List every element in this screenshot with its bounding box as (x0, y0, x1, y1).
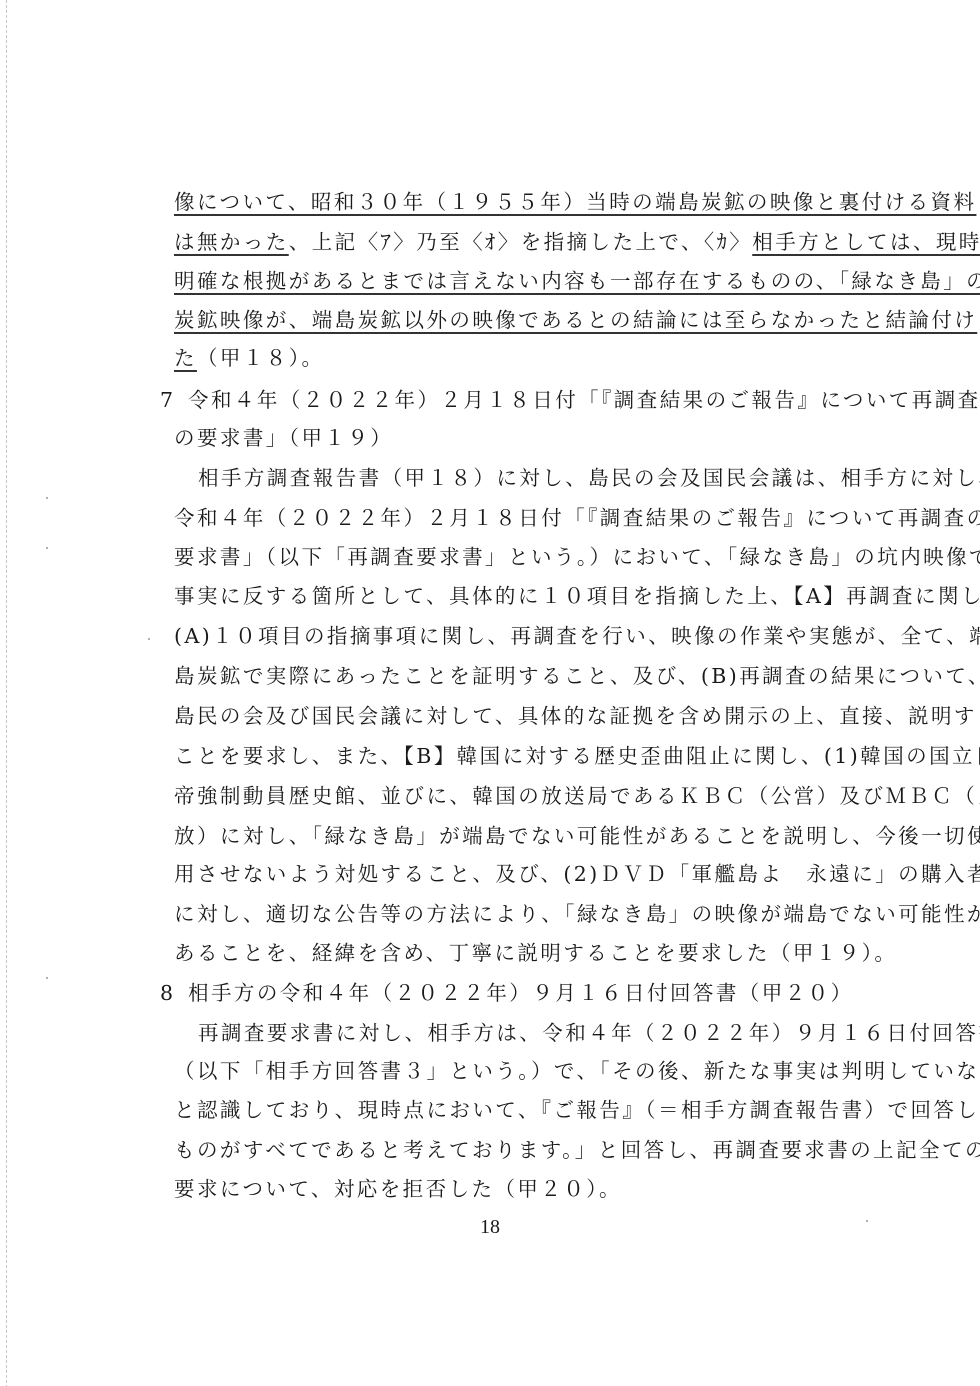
underlined-text: 像について、昭和３０年（１９５５年）当時の端島炭鉱の映像と裏付ける資料 (174, 190, 976, 214)
section-7-body-line: 島民の会及び国民会議に対して、具体的な証拠を含め開示の上、直接、説明する (174, 701, 868, 731)
section-8-body-line: 再調査要求書に対し、相手方は、令和４年（２０２２年）９月１６日付回答書 (198, 1018, 868, 1048)
section-7-body-line: 放）に対し、「緑なき島」が端島でない可能性があることを説明し、今後一切使 (174, 821, 868, 851)
continuation-line-5: た（甲１８）。 (174, 343, 868, 373)
body-text: あることを、経緯を含め、丁寧に説明することを要求した（甲１９）。 (174, 941, 897, 965)
section-7-body-line: に対し、適切な公告等の方法により、「緑なき島」の映像が端島でない可能性が (174, 899, 868, 929)
body-text: 島民の会及び国民会議に対して、具体的な証拠を含め開示の上、直接、説明する (174, 704, 980, 728)
page-number: 18 (0, 1216, 980, 1239)
scan-speck (148, 638, 150, 640)
body-text: (A)１０項目の指摘事項に関し、再調査を行い、映像の作業や実態が、全て、端 (174, 624, 980, 648)
body-text: 相手方調査報告書（甲１８）に対し、島民の会及国民会議は、相手方に対し、 (198, 466, 980, 490)
section-heading-text: 令和４年（２０２２年）２月１８日付「『調査結果のご報告』について再調査 (188, 388, 980, 412)
section-7-heading-cont: の要求書」（甲１９） (174, 423, 868, 453)
section-8-body-line: 要求について、対応を拒否した（甲２０）。 (174, 1174, 868, 1204)
body-text: 要求書」（以下「再調査要求書」という。）において、「緑なき島」の坑内映像で (174, 545, 980, 569)
section-7-heading: 7令和４年（２０２２年）２月１８日付「『調査結果のご報告』について再調査 (160, 385, 868, 415)
section-8-body-line: と認識しており、現時点において、『ご報告』（＝相手方調査報告書）で回答した (174, 1095, 868, 1125)
section-8-body-line: （以下「相手方回答書３」という。）で、「その後、新たな事実は判明していない (174, 1056, 868, 1086)
section-7-body-line: 島炭鉱で実際にあったことを証明すること、及び、(B)再調査の結果について、 (174, 661, 868, 691)
continuation-line-2: は無かった、上記〈ｱ〉乃至〈ｵ〉を指摘した上で、〈ｶ〉相手方としては、現時点では (174, 227, 868, 257)
continuation-line-4: 炭鉱映像が、端島炭鉱以外の映像であるとの結論には至らなかったと結論付け (174, 305, 868, 335)
body-text: 再調査要求書に対し、相手方は、令和４年（２０２２年）９月１６日付回答書 (198, 1021, 980, 1045)
plain-text: （甲１８）。 (197, 346, 324, 370)
body-text: と認識しており、現時点において、『ご報告』（＝相手方調査報告書）で回答した (174, 1098, 980, 1122)
section-7-body-line: 要求書」（以下「再調査要求書」という。）において、「緑なき島」の坑内映像で (174, 542, 868, 572)
underlined-text: 明確な根拠があるとまでは言えない内容も一部存在するものの、「緑なき島」の (174, 269, 980, 293)
section-7-body-line: 事実に反する箇所として、具体的に１０項目を指摘した上、【A】再調査に関し、 (174, 581, 868, 611)
section-8-body-line: ものがすべてであると考えております。」と回答し、再調査要求書の上記全ての (174, 1135, 868, 1165)
section-number: 7 (160, 385, 188, 415)
section-heading-text: の要求書」（甲１９） (174, 426, 393, 450)
body-text: 用させないよう対処すること、及び、(2)ＤＶＤ「軍艦島よ 永遠に」の購入者 (174, 862, 980, 886)
scan-speck (46, 547, 48, 549)
plain-text: 、上記〈ｱ〉乃至〈ｵ〉を指摘した上で、〈ｶ〉 (289, 230, 753, 254)
section-7-body-line: 帝強制動員歴史館、並びに、韓国の放送局であるＫＢＣ（公営）及びＭＢＣ（民 (174, 781, 868, 811)
section-7-body-line: ことを要求し、また、【B】韓国に対する歴史歪曲阻止に関し、(1)韓国の国立日 (174, 741, 868, 771)
body-text: に対し、適切な公告等の方法により、「緑なき島」の映像が端島でない可能性が (174, 902, 980, 926)
section-number: 8 (160, 978, 188, 1008)
scan-speck (866, 1220, 868, 1222)
body-text: 令和４年（２０２２年）２月１８日付「『調査結果のご報告』について再調査の (174, 506, 980, 530)
continuation-line-3: 明確な根拠があるとまでは言えない内容も一部存在するものの、「緑なき島」の (174, 266, 868, 296)
scan-speck (46, 977, 48, 979)
underlined-text: 炭鉱映像が、端島炭鉱以外の映像であるとの結論には至らなかったと結論付け (174, 308, 977, 332)
body-text: 帝強制動員歴史館、並びに、韓国の放送局であるＫＢＣ（公営）及びＭＢＣ（民 (174, 784, 980, 808)
section-7-body-line: 相手方調査報告書（甲１８）に対し、島民の会及国民会議は、相手方に対し、 (198, 463, 868, 493)
document-page: 像について、昭和３０年（１９５５年）当時の端島炭鉱の映像と裏付ける資料 は無かっ… (0, 0, 980, 1386)
body-text: 要求について、対応を拒否した（甲２０）。 (174, 1177, 622, 1201)
body-text: 島炭鉱で実際にあったことを証明すること、及び、(B)再調査の結果について、 (174, 664, 980, 688)
body-text: （以下「相手方回答書３」という。）で、「その後、新たな事実は判明していない (174, 1059, 980, 1083)
section-7-body-line: 令和４年（２０２２年）２月１８日付「『調査結果のご報告』について再調査の (174, 503, 868, 533)
body-text: ものがすべてであると考えております。」と回答し、再調査要求書の上記全ての (174, 1138, 980, 1162)
section-heading-text: 相手方の令和４年（２０２２年）９月１６日付回答書（甲２０） (188, 981, 854, 1005)
continuation-line-1: 像について、昭和３０年（１９５５年）当時の端島炭鉱の映像と裏付ける資料 (174, 187, 868, 217)
underlined-text: は無かった (174, 230, 289, 254)
underlined-text: た (174, 346, 197, 370)
section-8-heading: 8相手方の令和４年（２０２２年）９月１６日付回答書（甲２０） (160, 978, 868, 1008)
section-7-body-line: 用させないよう対処すること、及び、(2)ＤＶＤ「軍艦島よ 永遠に」の購入者 (174, 859, 868, 889)
scan-speck (46, 497, 48, 499)
underlined-text: 相手方としては、現時点では (752, 230, 980, 254)
section-7-body-line: (A)１０項目の指摘事項に関し、再調査を行い、映像の作業や実態が、全て、端 (174, 621, 868, 651)
body-text: ことを要求し、また、【B】韓国に対する歴史歪曲阻止に関し、(1)韓国の国立日 (174, 744, 980, 768)
section-7-body-line: あることを、経緯を含め、丁寧に説明することを要求した（甲１９）。 (174, 938, 868, 968)
body-text: 放）に対し、「緑なき島」が端島でない可能性があることを説明し、今後一切使 (174, 824, 980, 848)
body-text: 事実に反する箇所として、具体的に１０項目を指摘した上、【A】再調査に関し、 (174, 584, 980, 608)
